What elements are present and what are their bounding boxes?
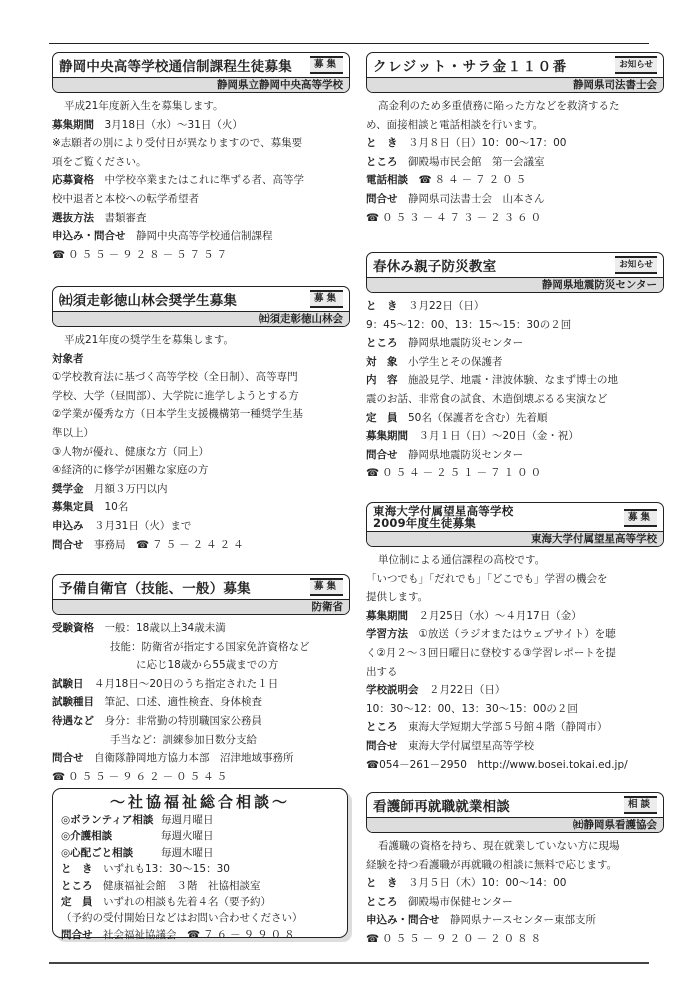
value: 東海大学短期大学部５号館４階（静岡市） [408,721,608,733]
label: 対象者 [52,350,350,369]
value: 小学生とその保護者 [408,356,503,368]
label: 問合せ [52,539,84,551]
value: 震のお話、非常食の試食、木造倒壊ぶるる実演など [366,390,664,409]
value: 書類審査 [105,212,147,224]
notice-header: クレジット・サラ金１１０番 お知らせ 静岡県司法書士会 [366,52,664,93]
label: 問合せ [61,927,93,943]
phone-number: ☎054－261－2950 [366,759,467,771]
value: 社会福祉協議会 [103,927,177,943]
phone-number: ☎７５－２４２４ [136,539,247,551]
label: ところ [366,337,398,349]
value: 自衛隊静岡地方協力本部 沼津地域事務所 [94,752,294,764]
value: 月額３万円以内 [94,483,168,495]
value: 中学校卒業またはこれに準ずる者、高等学 [105,174,305,186]
notice-scholarship: ㈳須走彰徳山林会奨学生募集 募集 ㈳須走彰徳山林会 平成21年度の奨学生を募集し… [52,286,350,554]
consult-day: 毎週火曜日 [161,828,214,844]
label: と き [366,877,398,889]
notice-bosei-school: 東海大学付属望星高等学校2009年度生徒募集 募集 東海大学付属望星高等学校 単… [366,502,664,774]
notice-org: 東海大学付属望星高等学校 [367,531,663,546]
intro-text: 「いつでも」「だれでも」「どこでも」学習の機会を [366,570,664,589]
label: ところ [366,896,398,908]
value: 事務局 [94,539,126,551]
notice-org: ㈳静岡県看護協会 [367,817,663,832]
label: 問合せ [366,193,398,205]
notice-title: 春休み親子防災教室 [373,255,496,275]
label: 受験資格 [52,619,94,638]
label: 定 員 [61,894,93,910]
notice-body: 単位制による通信課程の高校です。 「いつでも」「だれでも」「どこでも」学習の機会… [366,551,664,774]
intro-text: 単位制による通信課程の高校です。 [366,551,664,570]
value: 出する [366,663,664,682]
notice-body: 看護職の資格を持ち、現在就業していない方に現場 経験を持つ看護職が再就職の相談に… [366,837,664,949]
label: 奨学金 [52,483,84,495]
value: 筆記、口述、適性検査、身体検査 [105,696,263,708]
value: 御殿場市民会館 第一会議室 [408,156,545,168]
label: 内 容 [366,374,398,386]
label: 募集期間 [52,119,94,131]
label: と き [366,300,398,312]
label: 問合せ [366,449,398,461]
value: 10名 [105,501,129,513]
consult-type: ◎心配ごと相談 [61,845,161,861]
label: 定 員 [366,412,398,424]
category-badge: お知らせ [615,56,657,74]
label: 申込み・問合せ [366,914,440,926]
value: 手当など：訓練参加日数分支給 [52,731,350,750]
notice-title: クレジット・サラ金１１０番 [373,55,568,75]
value: 技能：防衛省が指定する国家免許資格など [52,638,350,657]
value: 50名（保護者を含む）先着順 [408,412,547,424]
category-badge: 相談 [624,796,657,814]
list-item: 学校、大学（昼間部）、大学院に進学しようとする方 [52,387,350,406]
phone-number: ☎０５５－９６２－０５４５ [52,768,350,787]
note-text: ※志願者の別により受付日が異なりますので、募集要 [52,134,350,153]
notice-title: 予備自衛官（技能、一般）募集 [59,577,251,597]
phone-number: ☎０５５－９２８－５７５７ [52,246,350,265]
list-item: 準以上） [52,424,350,443]
value: 健康福祉会館 ３階 社協相談室 [103,878,261,894]
notice-disaster-class: 春休み親子防災教室 お知らせ 静岡県地震防災センター と き ３月22日（日） … [366,252,664,483]
notice-title: 東海大学付属望星高等学校2009年度生徒募集 [373,505,513,529]
label: ところ [61,878,93,894]
value: 静岡中央高等学校通信制課程 [136,230,273,242]
label: 募集期間 [366,430,408,442]
label: 問合せ [52,752,84,764]
consult-type: ◎ボランティア相談 [61,812,161,828]
value: ３月１日（日）～20日（金・祝） [419,430,579,442]
notice-body: 受験資格 一般：18歳以上34歳未満 技能：防衛省が指定する国家免許資格など に… [52,619,350,786]
box-title: ～社協福祉総合相談～ [61,792,339,812]
label: 申込み・問合せ [52,230,126,242]
notice-title: 看護師再就職就業相談 [373,795,510,815]
value: 校中退者と本校への転学希望者 [52,190,350,209]
label: 応募資格 [52,174,94,186]
social-welfare-consultation-box: ～社協福祉総合相談～ ◎ボランティア相談毎週月曜日 ◎介護相談毎週火曜日 ◎心配… [52,788,348,938]
value: 身分：非常勤の特別職国家公務員 [105,715,263,727]
value: 静岡県司法書士会 山本さん [408,193,545,205]
label: 電話相談 [366,174,408,186]
note-text: （予約の受付開始日などはお問い合わせください） [61,910,339,926]
title-line: 2009年度生徒募集 [373,516,476,530]
category-badge: 募集 [310,290,343,308]
label: 申込み [52,520,84,532]
category-badge: お知らせ [615,256,657,274]
notice-header: 看護師再就職就業相談 相談 ㈳静岡県看護協会 [366,792,664,833]
value: 静岡県ナースセンター東部支所 [450,914,596,926]
category-badge: 募集 [310,578,343,596]
notice-org: 静岡県地震防災センター [367,277,663,292]
value: 御殿場市保健センター [408,896,513,908]
list-item: ④経済的に修学が困難な家庭の方 [52,461,350,480]
notice-header: 予備自衛官（技能、一般）募集 募集 防衛省 [52,574,350,615]
notice-org: 防衛省 [53,599,349,614]
notice-title: 静岡中央高等学校通信制課程生徒募集 [59,55,292,75]
phone-number: ☎０５３－４７３－２３６０ [366,209,664,228]
intro-text: 平成21年度の奨学生を募集します。 [52,331,350,350]
phone-number: ☎７６－９９０８ [187,927,298,943]
notice-header: 静岡中央高等学校通信制課程生徒募集 募集 静岡県立静岡中央高等学校 [52,52,350,93]
label: 学習方法 [366,628,408,640]
value: 3月18日（水）～31日（火） [105,119,243,131]
value: ４月18日～20日のうち指定された１日 [94,678,278,690]
value: 静岡県地震防災センター [408,337,523,349]
value: ２月25日（水）～４月17日（金） [419,610,582,622]
value: ３月31日（火）まで [94,520,191,532]
value: ３月22日（日） [408,300,484,312]
value: に応じ18歳から55歳までの方 [52,656,350,675]
value: く②月２～３回日曜日に登校する③学習レポートを提 [366,644,664,663]
notice-header: ㈳須走彰徳山林会奨学生募集 募集 ㈳須走彰徳山林会 [52,286,350,327]
phone-number: ☎８４－７２０５ [419,174,530,186]
website-link[interactable]: http://www.bosei.tokai.ed.jp/ [477,759,627,771]
intro-text: め、面接相談と電話相談を行います。 [366,116,664,135]
value: ３月５日（木）10：00～14：00 [408,877,566,889]
label: ところ [366,156,398,168]
label: 待遇など [52,715,94,727]
value: いずれも13：30～15：30 [103,861,230,877]
value: 9：45～12：00、13：15～15：30の２回 [366,316,664,335]
category-badge: 募集 [310,56,343,74]
notice-header: 春休み親子防災教室 お知らせ 静岡県地震防災センター [366,252,664,293]
label: ところ [366,721,398,733]
notice-body: 平成21年度新入生を募集します。 募集期間 3月18日（水）～31日（火） ※志… [52,97,350,264]
label: と き [366,137,398,149]
top-rule [49,43,649,44]
notice-org: 静岡県司法書士会 [367,77,663,92]
label: 問合せ [366,740,398,752]
notice-title: ㈳須走彰徳山林会奨学生募集 [59,289,237,309]
intro-text: 看護職の資格を持ち、現在就業していない方に現場 [366,837,664,856]
label: 選抜方法 [52,212,94,224]
category-badge: 募集 [624,509,657,527]
value: ①放送（ラジオまたはウェブサイト）を聴 [419,628,616,640]
notice-body: 平成21年度の奨学生を募集します。 対象者 ①学校教育法に基づく高等学校（全日制… [52,331,350,554]
consult-day: 毎週木曜日 [161,845,214,861]
label: 募集期間 [366,610,408,622]
value: ２月22日（日） [429,684,505,696]
label: と き [61,861,93,877]
value: ３月８日（日）10：00～17：00 [408,137,566,149]
notice-body: 高金利のため多重債務に陥った方などを救済するた め、面接相談と電話相談を行います… [366,97,664,227]
notice-org: 静岡県立静岡中央高等学校 [53,77,349,92]
value: 10：30～12：00、13：30～15：00の２回 [366,700,664,719]
value: 施設見学、地震・津波体験、なまず博士の地 [408,374,618,386]
notice-header: 東海大学付属望星高等学校2009年度生徒募集 募集 東海大学付属望星高等学校 [366,502,664,547]
notice-credit-hotline: クレジット・サラ金１１０番 お知らせ 静岡県司法書士会 高金利のため多重債務に陥… [366,52,664,227]
value: 一般：18歳以上34歳未満 [105,622,226,634]
label: 募集定員 [52,501,94,513]
notice-chuo-school: 静岡中央高等学校通信制課程生徒募集 募集 静岡県立静岡中央高等学校 平成21年度… [52,52,350,264]
intro-text: 高金利のため多重債務に陥った方などを救済するた [366,97,664,116]
list-item: ①学校教育法に基づく高等学校（全日制）、高等専門 [52,368,350,387]
value: いずれの相談も先着４名（要予約） [103,894,271,910]
bottom-rule [49,962,649,964]
label: 学校説明会 [366,684,419,696]
consult-type: ◎介護相談 [61,828,161,844]
intro-text: 経験を持つ看護職が再就職の相談に無料で応じます。 [366,856,664,875]
label: 試験日 [52,678,84,690]
value: 静岡県地震防災センター [408,449,523,461]
list-item: ③人物が優れ、健康な方（同上） [52,443,350,462]
notice-org: ㈳須走彰徳山林会 [53,311,349,326]
notice-reserve-sdf: 予備自衛官（技能、一般）募集 募集 防衛省 受験資格 一般：18歳以上34歳未満… [52,574,350,786]
intro-text: 提供します。 [366,588,664,607]
phone-number: ☎０５５－９２０－２０８８ [366,930,664,949]
label: 試験種目 [52,696,94,708]
label: 対 象 [366,356,398,368]
intro-text: 平成21年度新入生を募集します。 [52,97,350,116]
phone-number: ☎０５４－２５１－７１００ [366,464,664,483]
notice-body: と き ３月22日（日） 9：45～12：00、13：15～15：30の２回 と… [366,297,664,483]
value: 東海大学付属望星高等学校 [408,740,534,752]
list-item: ②学業が優秀な方（日本学生支援機構第一種奨学生基 [52,405,350,424]
notice-nurse-reemployment: 看護師再就職就業相談 相談 ㈳静岡県看護協会 看護職の資格を持ち、現在就業してい… [366,792,664,949]
consult-day: 毎週月曜日 [161,812,214,828]
note-text: 項をご覧ください。 [52,153,350,172]
